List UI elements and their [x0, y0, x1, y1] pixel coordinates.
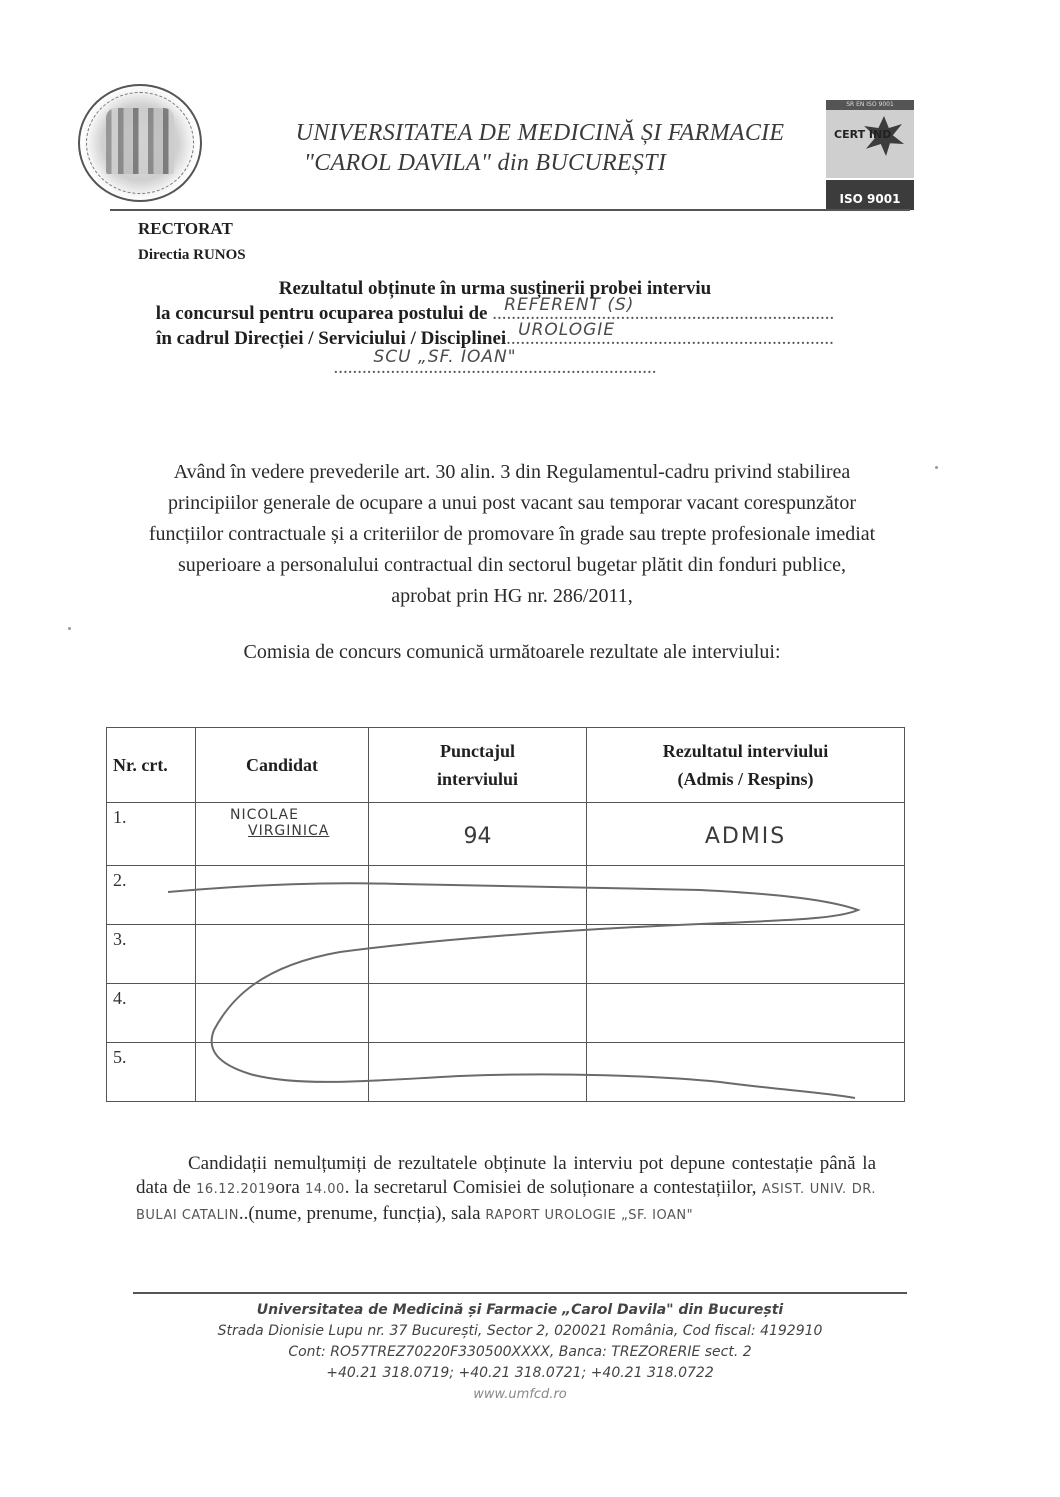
contest-hour: 14.00	[305, 1182, 345, 1197]
header-candidat: Candidat	[196, 728, 369, 803]
footer-university: Universitatea de Medicină și Farmacie „C…	[130, 1300, 910, 1321]
cert-logo-text: CERT IND	[834, 128, 891, 141]
iso-badge: ISO 9001	[826, 180, 914, 210]
table-row: 1. NICOLAE VIRGINICA 94 ADMIS	[107, 803, 905, 866]
row-rezultat	[587, 925, 905, 984]
row-nr: 1.	[107, 803, 196, 866]
commission-statement: Comisia de concurs comunică următoarele …	[148, 641, 876, 664]
title-line1: Rezultatul obținute în urma susținerii p…	[130, 276, 860, 301]
row-rezultat: ADMIS	[587, 803, 905, 866]
contest-paragraph: Candidații nemulțumiți de rezultatele ob…	[136, 1152, 876, 1228]
header-divider	[110, 209, 910, 211]
row-nr: 5.	[107, 1043, 196, 1102]
row-candidat	[196, 1043, 369, 1102]
row-punctaj	[369, 866, 587, 925]
post-handwritten: REFERENT (S)	[504, 293, 634, 318]
header-punctaj: Punctajul interviului	[369, 728, 587, 803]
legal-paragraph: Având în vedere prevederile art. 30 alin…	[148, 457, 876, 612]
university-name-line2: "CAROL DAVILA" din BUCUREȘTI	[240, 148, 840, 178]
header-rezultat-text: Rezultatul interviului (Admis / Respins)	[641, 737, 851, 793]
footer-bank: Cont: RO57TREZ70220F330500XXXX, Banca: T…	[130, 1342, 910, 1363]
table-row: 5.	[107, 1043, 905, 1102]
contest-text-4: ..(nume, prenume, funcția), sala	[239, 1203, 485, 1224]
contest-text-3: . la secretarul Comisiei de soluționare …	[345, 1177, 762, 1198]
row-punctaj	[369, 984, 587, 1043]
contest-text-2: ora	[276, 1177, 306, 1198]
row-rezultat	[587, 1043, 905, 1102]
row-candidat	[196, 866, 369, 925]
results-table: Nr. crt. Candidat Punctajul interviului …	[106, 727, 905, 1102]
row-candidat	[196, 925, 369, 984]
row-rezultat	[587, 866, 905, 925]
university-name-line1: UNIVERSITATEA DE MEDICINĂ ȘI FARMACIE	[296, 120, 785, 146]
cert-top-label: SR EN ISO 9001	[826, 100, 914, 110]
row-nr: 4.	[107, 984, 196, 1043]
contest-room: RAPORT UROLOGIE „SF. IOAN"	[485, 1208, 693, 1223]
footer-divider	[133, 1292, 907, 1294]
footer-website[interactable]: www.umfcd.ro	[130, 1384, 910, 1405]
score-value: 94	[464, 824, 492, 849]
row-punctaj: 94	[369, 803, 587, 866]
table-row: 2.	[107, 866, 905, 925]
footer-phones: +40.21 318.0719; +40.21 318.0721; +40.21…	[130, 1363, 910, 1384]
footer-address: Strada Dionisie Lupu nr. 37 București, S…	[130, 1321, 910, 1342]
header-punctaj-text: Punctajul interviului	[408, 737, 548, 793]
row-punctaj	[369, 1043, 587, 1102]
row-nr: 2.	[107, 866, 196, 925]
candidate-last-name: VIRGINICA	[202, 823, 362, 839]
result-value: ADMIS	[705, 824, 786, 849]
unit-field: ........................................…	[334, 355, 657, 380]
rectorat-label: RECTORAT	[138, 219, 233, 239]
directia-label: Directia RUNOS	[138, 247, 246, 264]
table-row: 4.	[107, 984, 905, 1043]
discipline-field: ........................................…	[506, 326, 834, 351]
row-candidat	[196, 984, 369, 1043]
row-nr: 3.	[107, 925, 196, 984]
footer: Universitatea de Medicină și Farmacie „C…	[130, 1300, 910, 1405]
row-candidat: NICOLAE VIRGINICA	[196, 803, 369, 866]
candidate-first-name: NICOLAE	[202, 807, 362, 823]
discipline-handwritten: UROLOGIE	[518, 318, 615, 343]
row-rezultat	[587, 984, 905, 1043]
table-header-row: Nr. crt. Candidat Punctajul interviului …	[107, 728, 905, 803]
table-row: 3.	[107, 925, 905, 984]
title-line4: ........................................…	[130, 355, 860, 380]
document-title: Rezultatul obținute în urma susținerii p…	[130, 276, 860, 380]
scan-speck	[935, 466, 938, 469]
header-rezultat: Rezultatul interviului (Admis / Respins)	[587, 728, 905, 803]
university-seal-icon	[78, 84, 202, 202]
row-punctaj	[369, 925, 587, 984]
seal-building-image	[106, 108, 174, 174]
unit-handwritten: SCU „SF. IOAN"	[374, 345, 517, 370]
title-line2: la concursul pentru ocuparea postului de…	[130, 301, 860, 326]
header-nr: Nr. crt.	[107, 728, 196, 803]
scan-speck	[68, 627, 71, 630]
title-line2-prefix: la concursul pentru ocuparea postului de	[156, 303, 492, 324]
university-name: UNIVERSITATEA DE MEDICINĂ ȘI FARMACIE "C…	[240, 118, 840, 178]
certind-logo-icon: CERT IND	[826, 110, 914, 178]
contest-date: 16.12.2019	[196, 1182, 275, 1197]
iso-certification-logo: SR EN ISO 9001 CERT IND ISO 9001	[826, 100, 914, 210]
